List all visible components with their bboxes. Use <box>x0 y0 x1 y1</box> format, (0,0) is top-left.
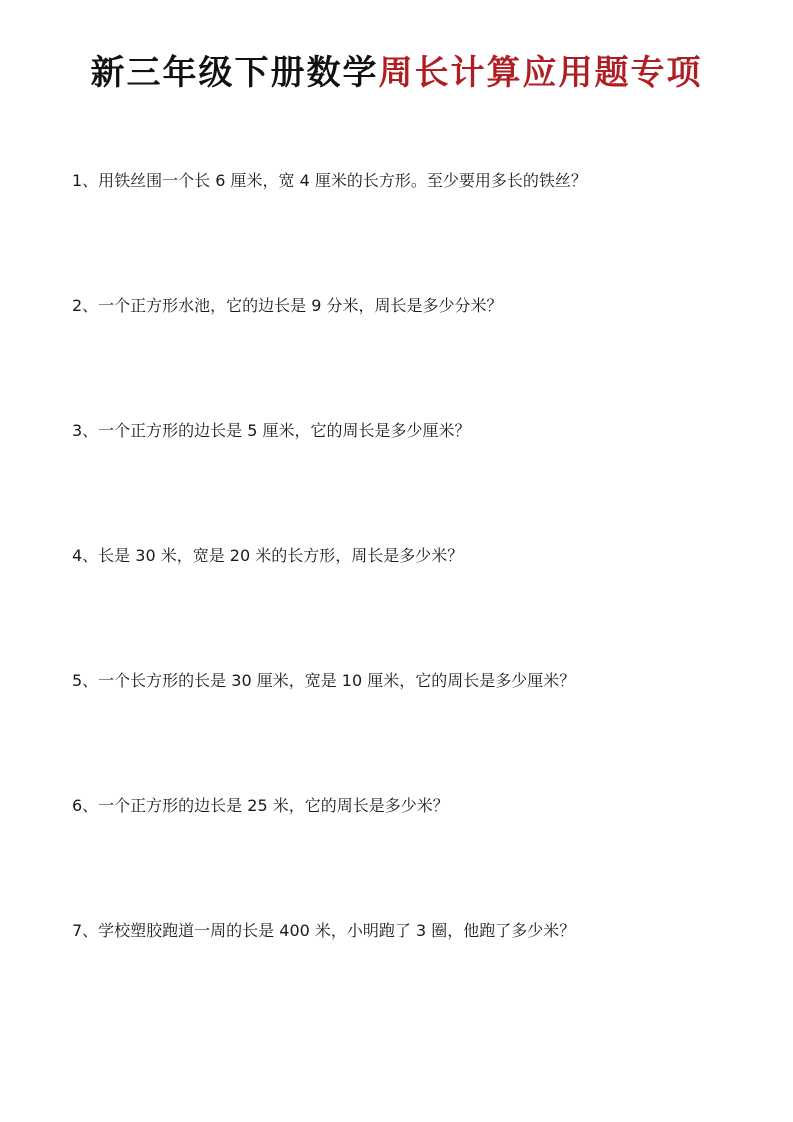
question-list: 1、用铁丝围一个长 6 厘米，宽 4 厘米的长方形。至少要用多长的铁丝？ 2、一… <box>72 168 752 1043</box>
question-7: 7、学校塑胶跑道一周的长是 400 米，小明跑了 3 圈，他跑了多少米？ <box>72 918 752 1043</box>
question-6: 6、一个正方形的边长是 25 米，它的周长是多少米？ <box>72 793 752 918</box>
question-1: 1、用铁丝围一个长 6 厘米，宽 4 厘米的长方形。至少要用多长的铁丝？ <box>72 168 752 293</box>
question-3: 3、一个正方形的边长是 5 厘米，它的周长是多少厘米？ <box>72 418 752 543</box>
question-2: 2、一个正方形水池，它的边长是 9 分米，周长是多少分米？ <box>72 293 752 418</box>
title-red-part: 周长计算应用题专项 <box>379 53 703 93</box>
title-black-part: 新三年级下册数学 <box>91 53 379 93</box>
question-4: 4、长是 30 米，宽是 20 米的长方形，周长是多少米？ <box>72 543 752 668</box>
page-title: 新三年级下册数学周长计算应用题专项 <box>0 50 793 96</box>
question-5: 5、一个长方形的长是 30 厘米，宽是 10 厘米，它的周长是多少厘米？ <box>72 668 752 793</box>
